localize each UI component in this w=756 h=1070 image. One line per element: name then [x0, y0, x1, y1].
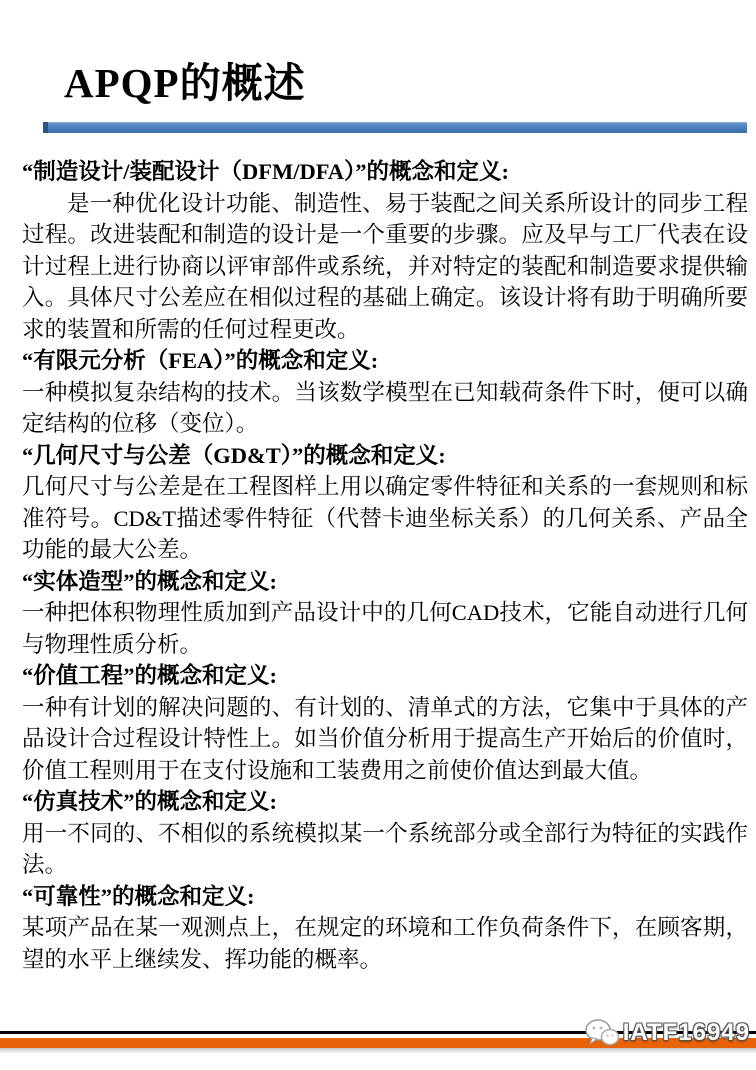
definition-heading: “实体造型”的概念和定义: [22, 566, 748, 598]
footer-brand: IATF16949 [585, 1016, 750, 1050]
definition-heading: “几何尺寸与公差（GD&T）”的概念和定义: [22, 440, 748, 472]
definition-heading: “制造设计/装配设计（DFM/DFA）”的概念和定义: [22, 156, 748, 188]
definition-body: 一种模拟复杂结构的技术。当该数学模型在已知载荷条件下时，便可以确定结构的位移（变… [22, 377, 748, 440]
page-title: APQP的概述 [64, 50, 306, 109]
definition-body: 某项产品在某一观测点上，在规定的环境和工作负荷条件下，在顾客期，望的水平上继续发… [22, 912, 748, 975]
wechat-icon [585, 1018, 619, 1048]
definition-heading: “可靠性”的概念和定义: [22, 881, 748, 913]
definition-body: 一种把体积物理性质加到产品设计中的几何CAD技术，它能自动进行几何与物理性质分析… [22, 597, 748, 660]
definition-body: 一种有计划的解决问题的、有计划的、清单式的方法，它集中于具体的产品设计合过程设计… [22, 692, 748, 787]
definition-body: 几何尺寸与公差是在工程图样上用以确定零件特征和关系的一套规则和标准符号。CD&T… [22, 471, 748, 566]
definition-section: “可靠性”的概念和定义: 某项产品在某一观测点上，在规定的环境和工作负荷条件下，… [22, 881, 748, 976]
definition-section: “几何尺寸与公差（GD&T）”的概念和定义: 几何尺寸与公差是在工程图样上用以确… [22, 440, 748, 566]
definition-heading: “价值工程”的概念和定义: [22, 660, 748, 692]
definition-heading: “有限元分析（FEA）”的概念和定义: [22, 345, 748, 377]
definitions-list: “制造设计/装配设计（DFM/DFA）”的概念和定义: 是一种优化设计功能、制造… [22, 156, 748, 975]
slide: APQP的概述 “制造设计/装配设计（DFM/DFA）”的概念和定义: 是一种优… [0, 0, 756, 1070]
definition-section: “实体造型”的概念和定义: 一种把体积物理性质加到产品设计中的几何CAD技术，它… [22, 566, 748, 661]
definition-body: 是一种优化设计功能、制造性、易于装配之间关系所设计的同步工程过程。改进装配和制造… [22, 188, 748, 346]
definition-body: 用一不同的、不相似的系统模拟某一个系统部分或全部行为特征的实践作法。 [22, 818, 748, 881]
title-underline-rule [43, 122, 747, 133]
brand-text: IATF16949 [623, 1019, 750, 1047]
definition-heading: “仿真技术”的概念和定义: [22, 786, 748, 818]
definition-section: “价值工程”的概念和定义: 一种有计划的解决问题的、有计划的、清单式的方法，它集… [22, 660, 748, 786]
definition-section: “制造设计/装配设计（DFM/DFA）”的概念和定义: 是一种优化设计功能、制造… [22, 156, 748, 345]
definition-section: “仿真技术”的概念和定义: 用一不同的、不相似的系统模拟某一个系统部分或全部行为… [22, 786, 748, 881]
definition-section: “有限元分析（FEA）”的概念和定义: 一种模拟复杂结构的技术。当该数学模型在已… [22, 345, 748, 440]
